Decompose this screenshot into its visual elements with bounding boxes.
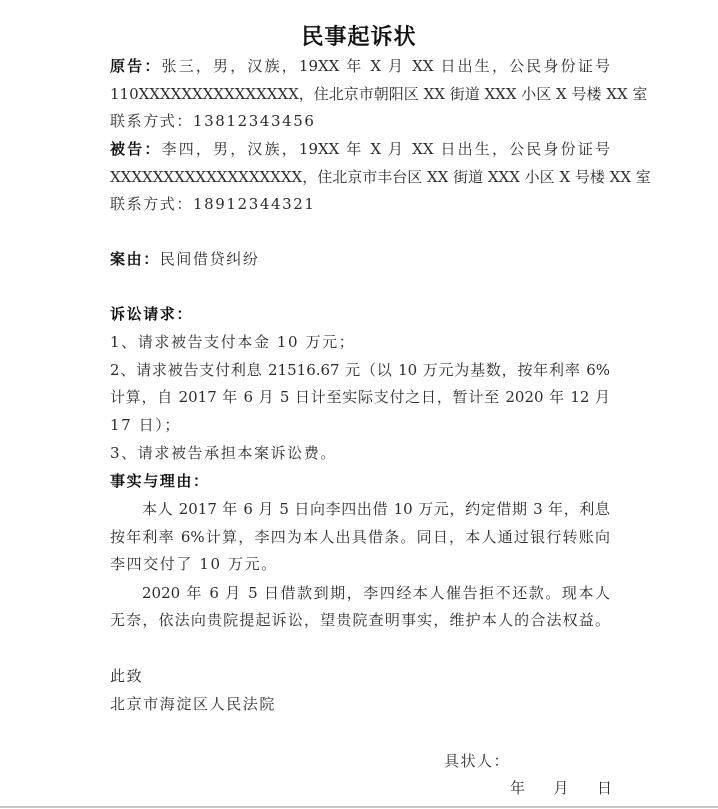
claim-line-2: 2、请求被告支付利息 21516.67 元（以 10 万元为基数，按年利率 6% bbox=[110, 360, 610, 380]
defendant-line-2: XXXXXXXXXXXXXXXXXX，住北京市丰台区 XX 街道 XXX 小区 … bbox=[110, 167, 610, 187]
claim-line-1: 1、请求被告支付本金 10 万元； bbox=[110, 332, 610, 352]
defendant-contact: 联系方式：18912344321 bbox=[110, 194, 610, 214]
recipient-court: 北京市海淀区人民法院 bbox=[110, 694, 610, 714]
plaintiff-contact: 联系方式：13812343456 bbox=[110, 111, 610, 131]
facts-p1-line-2: 按年利率 6%计算，李四为本人出具借条。同日，本人通过银行转账向 bbox=[110, 527, 610, 547]
claim-line-3: 计算，自 2017 年 6 月 5 日计至实际支付之日，暂计至 2020 年 1… bbox=[110, 387, 610, 407]
document-page: 民事起诉状 原告：张三，男，汉族，19XX 年 X 月 XX 日出生，公民身份证… bbox=[0, 0, 718, 809]
plaintiff-line-2: 110XXXXXXXXXXXXXXX，住北京市朝阳区 XX 街道 XXX 小区 … bbox=[110, 84, 610, 104]
signer-label: 具状人： bbox=[444, 750, 510, 771]
document-title: 民事起诉状 bbox=[0, 20, 718, 51]
claims-heading: 诉讼请求： bbox=[110, 304, 610, 324]
date-year: 年 bbox=[510, 777, 525, 798]
claim-line-4: 17 日）； bbox=[110, 415, 610, 435]
cause-value: 民间借贷纠纷 bbox=[160, 250, 260, 268]
closing-salutation: 此致 bbox=[110, 666, 610, 686]
cause-label: 案由： bbox=[110, 250, 160, 268]
claim-line-5: 3、请求被告承担本案诉讼费。 bbox=[110, 443, 610, 463]
facts-p1-line-1: 本人 2017 年 6 月 5 日向李四出借 10 万元，约定借期 3 年，利息 bbox=[142, 499, 610, 519]
cause-of-action: 案由：民间借贷纠纷 bbox=[110, 249, 610, 269]
defendant-info: 李四，男，汉族，19XX 年 X 月 XX 日出生，公民身份证号 bbox=[162, 140, 610, 158]
plaintiff-label: 原告： bbox=[110, 57, 162, 75]
signature-date: 年 月 日 bbox=[510, 777, 612, 798]
defendant-line-1: 被告：李四，男，汉族，19XX 年 X 月 XX 日出生，公民身份证号 bbox=[110, 139, 610, 159]
date-day: 日 bbox=[597, 777, 612, 798]
page-bottom-border bbox=[0, 806, 718, 808]
defendant-label: 被告： bbox=[110, 140, 162, 158]
date-month: 月 bbox=[553, 777, 568, 798]
plaintiff-info: 张三，男，汉族，19XX 年 X 月 XX 日出生，公民身份证号 bbox=[162, 57, 610, 75]
plaintiff-line-1: 原告：张三，男，汉族，19XX 年 X 月 XX 日出生，公民身份证号 bbox=[110, 56, 610, 76]
facts-p2-line-2: 无奈，依法向贵院提起诉讼，望贵院查明事实，维护本人的合法权益。 bbox=[110, 610, 610, 630]
facts-p1-line-3: 李四交付了 10 万元。 bbox=[110, 554, 610, 574]
facts-heading: 事实与理由： bbox=[110, 471, 610, 491]
facts-p2-line-1: 2020 年 6 月 5 日借款到期，李四经本人催告拒不还款。现本人 bbox=[142, 583, 610, 603]
